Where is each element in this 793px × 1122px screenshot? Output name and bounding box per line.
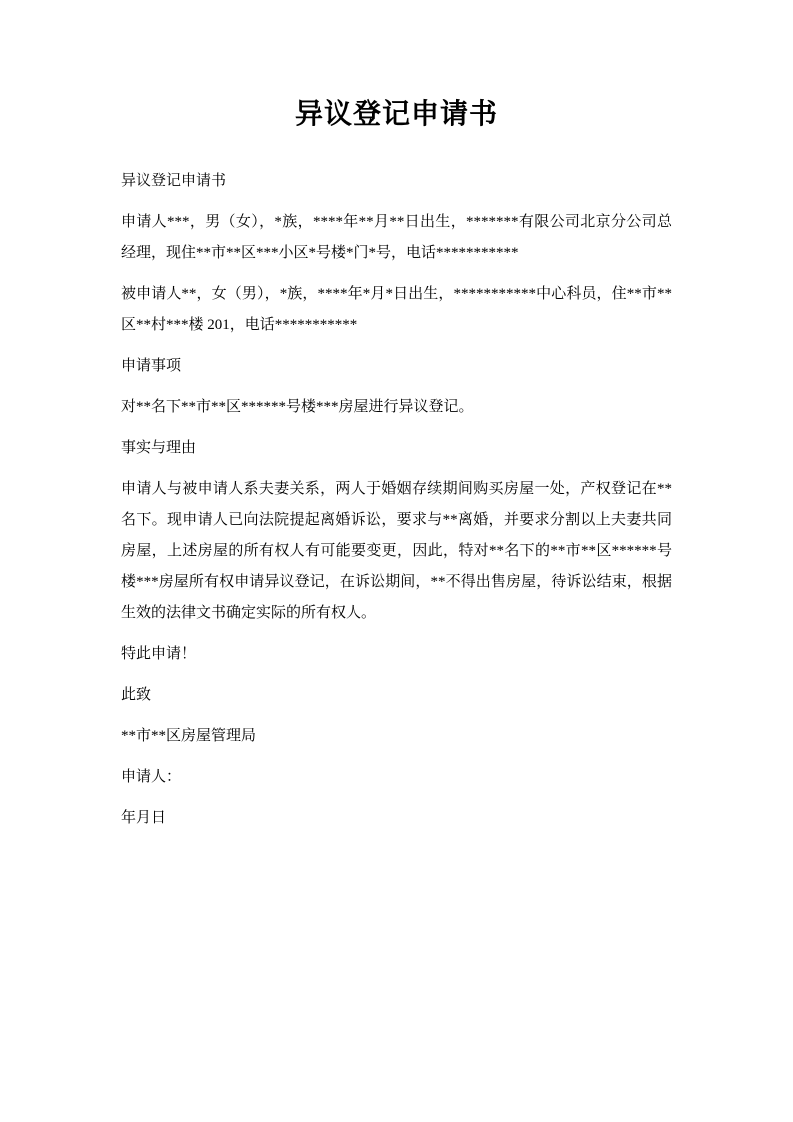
heading-application-items: 申请事项 xyxy=(121,351,672,382)
para-recipient-agency: **市**区房屋管理局 xyxy=(121,721,672,752)
heading-facts-and-reasons: 事实与理由 xyxy=(121,433,672,464)
para-hereby-apply: 特此申请！ xyxy=(121,639,672,670)
para-salutation: 此致 xyxy=(121,680,672,711)
para-applicant-info: 申请人***，男（女），*族，****年**月**日出生，*******有限公司… xyxy=(121,207,672,269)
para-date-line: 年月日 xyxy=(121,803,672,834)
para-application-item: 对**名下**市**区******号楼***房屋进行异议登记。 xyxy=(121,392,672,423)
document-page: 异议登记申请书 异议登记申请书 申请人***，男（女），*族，****年**月*… xyxy=(0,0,793,1122)
para-respondent-info: 被申请人**，女（男），*族，****年*月*日出生，***********中心… xyxy=(121,279,672,341)
para-facts-and-reasons: 申请人与被申请人系夫妻关系，两人于婚姻存续期间购买房屋一处，产权登记在**名下。… xyxy=(121,474,672,629)
document-title: 异议登记申请书 xyxy=(121,100,672,130)
doc-restated-title: 异议登记申请书 xyxy=(121,166,672,197)
para-applicant-signature-label: 申请人： xyxy=(121,762,672,793)
